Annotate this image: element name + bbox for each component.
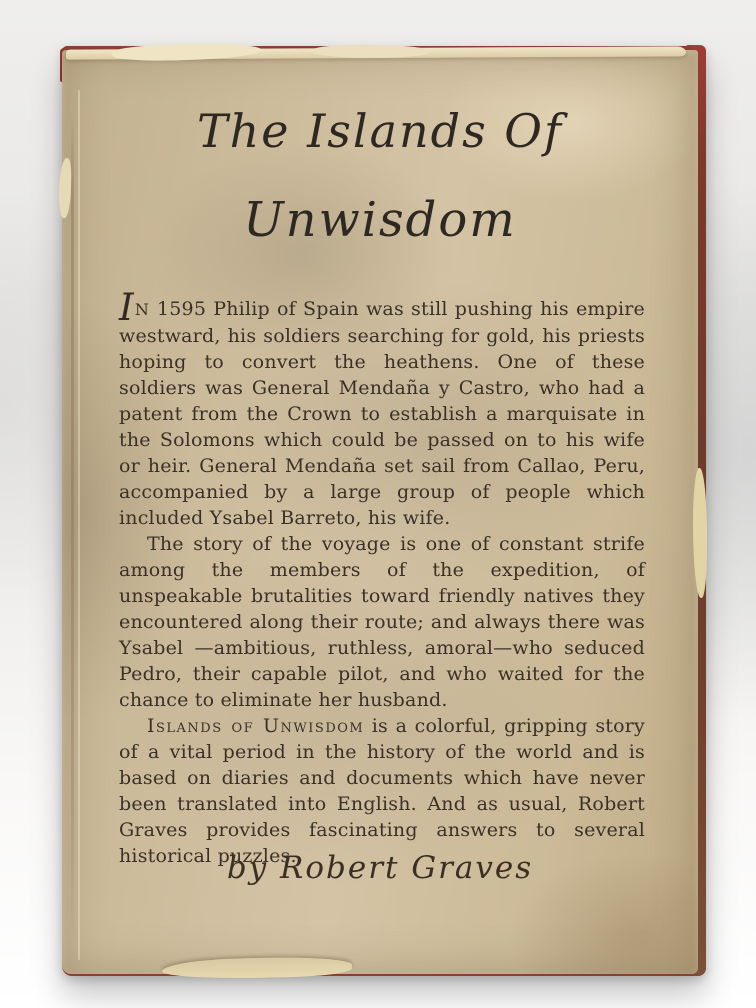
blurb: IN 1595 Philip of Spain was still pushin… <box>119 296 645 869</box>
book-title: The Islands Of Unwisdom <box>62 108 698 248</box>
book-cover: The Islands Of Unwisdom IN 1595 Philip o… <box>62 46 706 976</box>
author-byline: by Robert Graves <box>62 850 698 886</box>
blurb-paragraph-1: IN 1595 Philip of Spain was still pushin… <box>119 296 645 531</box>
paragraph-3-title-mention: Islands of Unwisdom <box>147 715 364 737</box>
dropcap-initial: I <box>119 286 134 329</box>
paragraph-1-text: 1595 Philip of Spain was still pushing h… <box>119 298 645 529</box>
blurb-paragraph-2: The story of the voyage is one of consta… <box>119 531 645 713</box>
blurb-paragraph-3: Islands of Unwisdom is a colorful, gripp… <box>119 713 645 869</box>
paragraph-2-text: The story of the voyage is one of consta… <box>119 533 645 711</box>
paragraph-3-text: is a colorful, gripping story of a vital… <box>119 715 645 867</box>
title-line-2: Unwisdom <box>62 192 698 248</box>
leadcap-letter: N <box>135 300 150 319</box>
title-line-1: The Islands Of <box>62 108 698 154</box>
jacket-text-layer: The Islands Of Unwisdom IN 1595 Philip o… <box>62 50 698 974</box>
dust-jacket: The Islands Of Unwisdom IN 1595 Philip o… <box>62 50 698 974</box>
